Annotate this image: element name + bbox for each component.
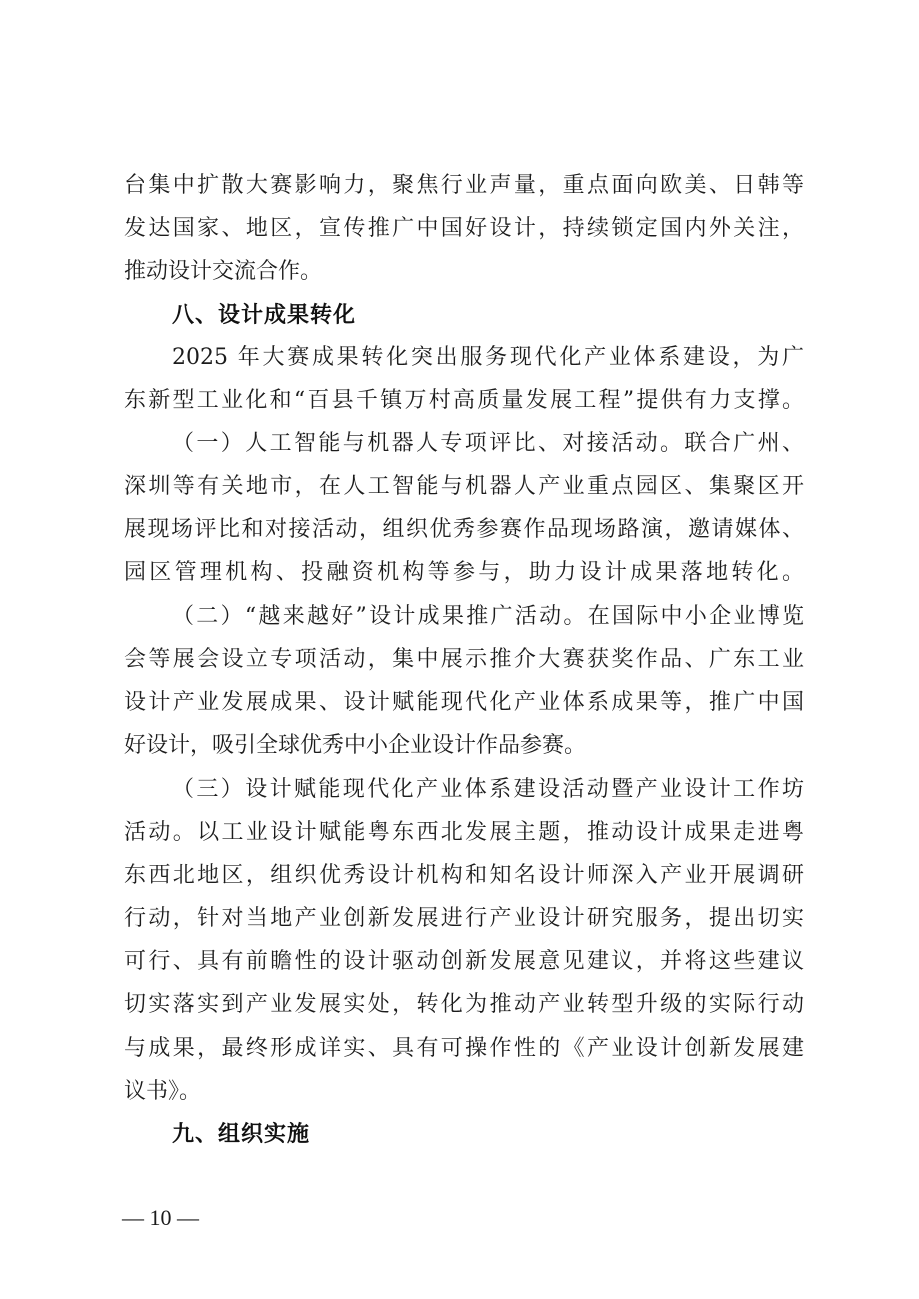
document-page: 台集中扩散大赛影响力，聚焦行业声量，重点面向欧美、日韩等 发达国家、地区，宣传推… [0, 0, 919, 1299]
body-text-line: 2025 年大赛成果转化突出服务现代化产业体系建设，为广 [172, 343, 804, 373]
section-heading-9: 九、组织实施 [172, 1119, 310, 1151]
body-text-line: 与成果，最终形成详实、具有可操作性的《产业设计创新发展建 [124, 1034, 804, 1064]
body-text-line: 好设计，吸引全球优秀中小企业设计作品参赛。 [124, 731, 804, 761]
body-text-line: 东西北地区，组织优秀设计机构和知名设计师深入产业开展调研 [124, 861, 804, 891]
section-heading-8: 八、设计成果转化 [172, 300, 356, 332]
body-text-line: 议书》。 [124, 1077, 804, 1107]
body-text-line: 深圳等有关地市，在人工智能与机器人产业重点园区、集聚区开 [124, 472, 804, 502]
body-text-line: 东新型工业化和“百县千镇万村高质量发展工程”提供有力支撑。 [124, 386, 804, 416]
body-text-line: 展现场评比和对接活动，组织优秀参赛作品现场路演，邀请媒体、 [124, 515, 804, 545]
body-text-line: 园区管理机构、投融资机构等参与，助力设计成果落地转化。 [124, 558, 804, 588]
page-number: — 10 — [122, 1203, 199, 1233]
item-1-title-line: （一）人工智能与机器人专项评比、对接活动。联合广州、 [172, 429, 804, 459]
body-text-line: 推动设计交流合作。 [124, 257, 804, 287]
item-3-title-line: （三）设计赋能现代化产业体系建设活动暨产业设计工作坊 [172, 775, 804, 805]
item-2-title-line: （二）“越来越好”设计成果推广活动。在国际中小企业博览 [172, 602, 804, 632]
body-text-line: 台集中扩散大赛影响力，聚焦行业声量，重点面向欧美、日韩等 [124, 171, 804, 201]
body-text-line: 切实落实到产业发展实处，转化为推动产业转型升级的实际行动 [124, 990, 804, 1020]
body-text-line: 活动。以工业设计赋能粤东西北发展主题，推动设计成果走进粤 [124, 818, 804, 848]
body-text-line: 可行、具有前瞻性的设计驱动创新发展意见建议，并将这些建议 [124, 947, 804, 977]
body-text-line: 行动，针对当地产业创新发展进行产业设计研究服务，提出切实 [124, 904, 804, 934]
body-text-line: 发达国家、地区，宣传推广中国好设计，持续锁定国内外关注， [124, 214, 804, 244]
body-text-line: 设计产业发展成果、设计赋能现代化产业体系成果等，推广中国 [124, 688, 804, 718]
body-text-line: 会等展会设立专项活动，集中展示推介大赛获奖作品、广东工业 [124, 645, 804, 675]
